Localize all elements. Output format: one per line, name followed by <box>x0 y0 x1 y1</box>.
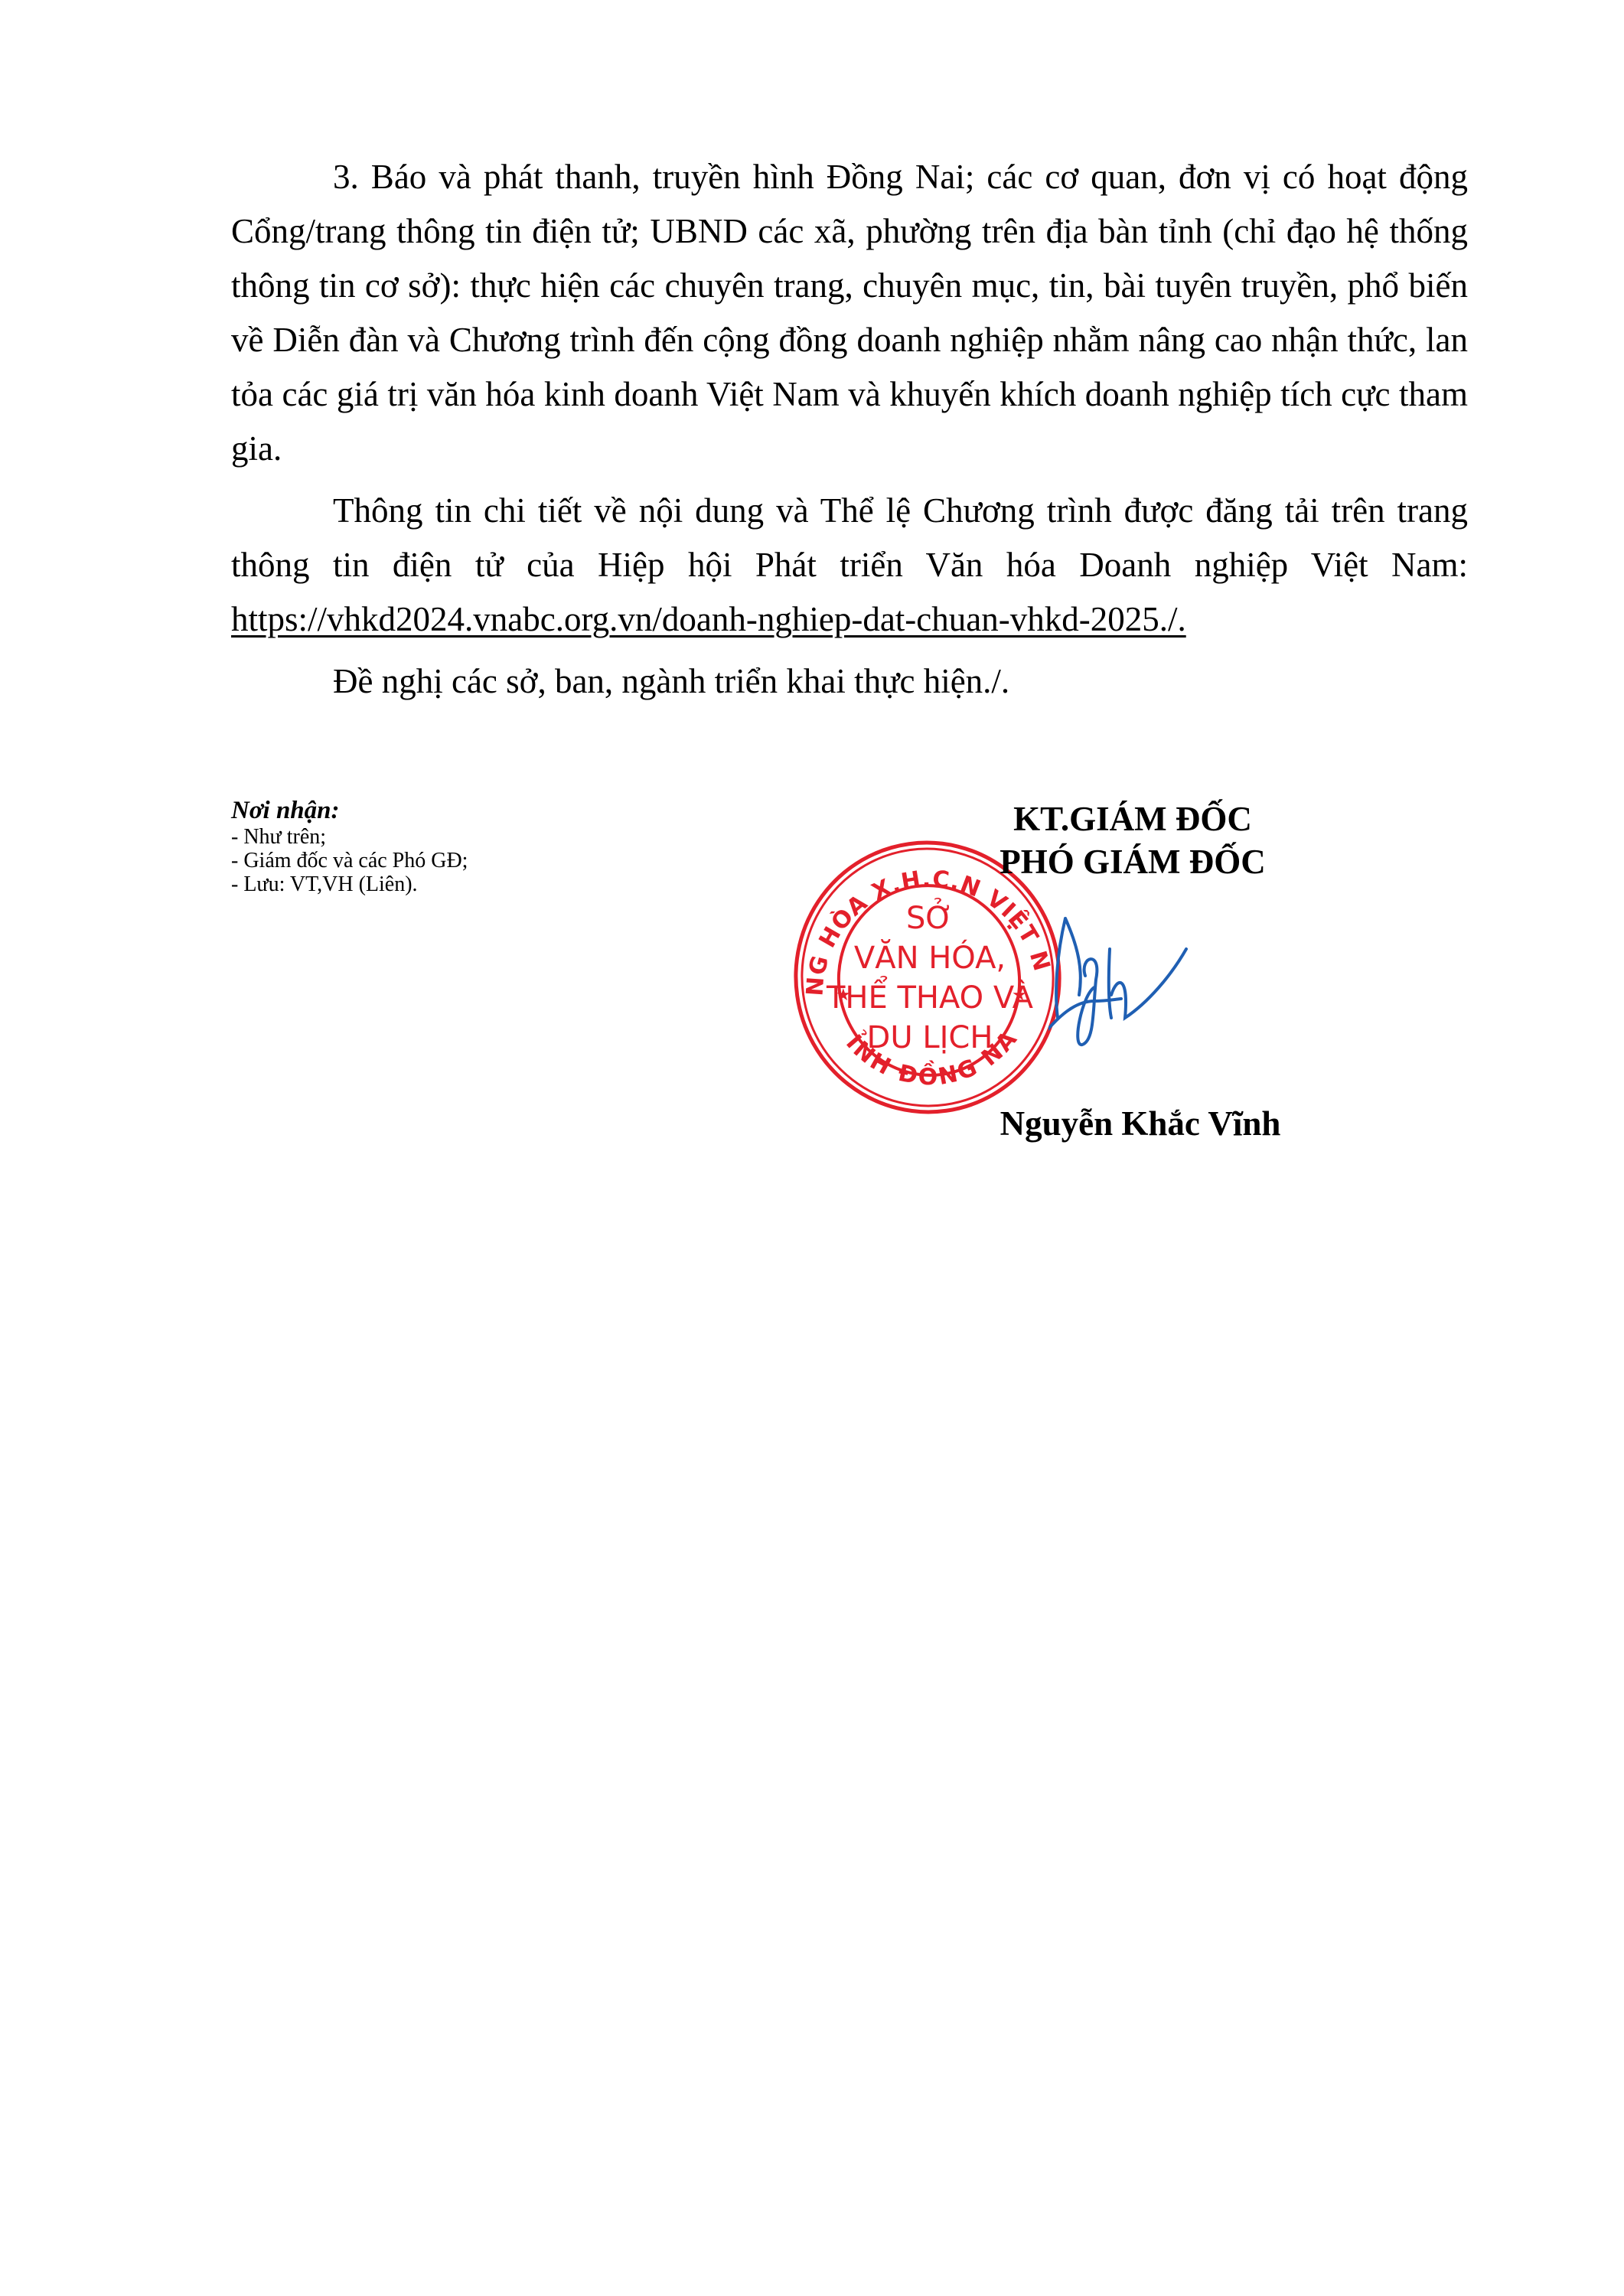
recipient-item: - Giám đốc và các Phó GĐ; <box>231 849 729 872</box>
paragraph-info-link: Thông tin chi tiết về nội dung và Thể lệ… <box>231 484 1468 647</box>
svg-text:THỂ THAO VÀ: THỂ THAO VÀ <box>826 975 1034 1016</box>
signature-title-block: KT.GIÁM ĐỐC PHÓ GIÁM ĐỐC <box>941 797 1324 883</box>
recipients-title: Nơi nhận: <box>231 796 729 825</box>
signature-title-line2: PHÓ GIÁM ĐỐC <box>941 840 1324 883</box>
recipient-item: - Lưu: VT,VH (Liên). <box>231 872 729 896</box>
recipients-block: Nơi nhận: - Như trên; - Giám đốc và các … <box>231 796 729 896</box>
svg-text:SỞ: SỞ <box>906 897 954 936</box>
program-link[interactable]: https://vhkd2024.vnabc.org.vn/doanh-nghi… <box>231 600 1186 638</box>
document-page: 3. Báo và phát thanh, truyền hình Đồng N… <box>0 0 1624 2296</box>
paragraph-closing: Đề nghị các sở, ban, ngành triển khai th… <box>231 654 1468 709</box>
svg-text:VĂN HÓA,: VĂN HÓA, <box>854 938 1006 976</box>
svg-text:DU LỊCH: DU LỊCH <box>867 1020 993 1055</box>
signer-name: Nguyễn Khắc Vĩnh <box>960 1102 1320 1145</box>
handwritten-signature <box>1048 903 1209 1064</box>
recipient-item: - Như trên; <box>231 825 729 849</box>
document-body: 3. Báo và phát thanh, truyền hình Đồng N… <box>231 150 1468 716</box>
signature-scribble-icon <box>1048 903 1209 1064</box>
signature-title-line1: KT.GIÁM ĐỐC <box>941 797 1324 840</box>
paragraph-item-3: 3. Báo và phát thanh, truyền hình Đồng N… <box>231 150 1468 476</box>
paragraph-info-text: Thông tin chi tiết về nội dung và Thể lệ… <box>231 491 1468 584</box>
